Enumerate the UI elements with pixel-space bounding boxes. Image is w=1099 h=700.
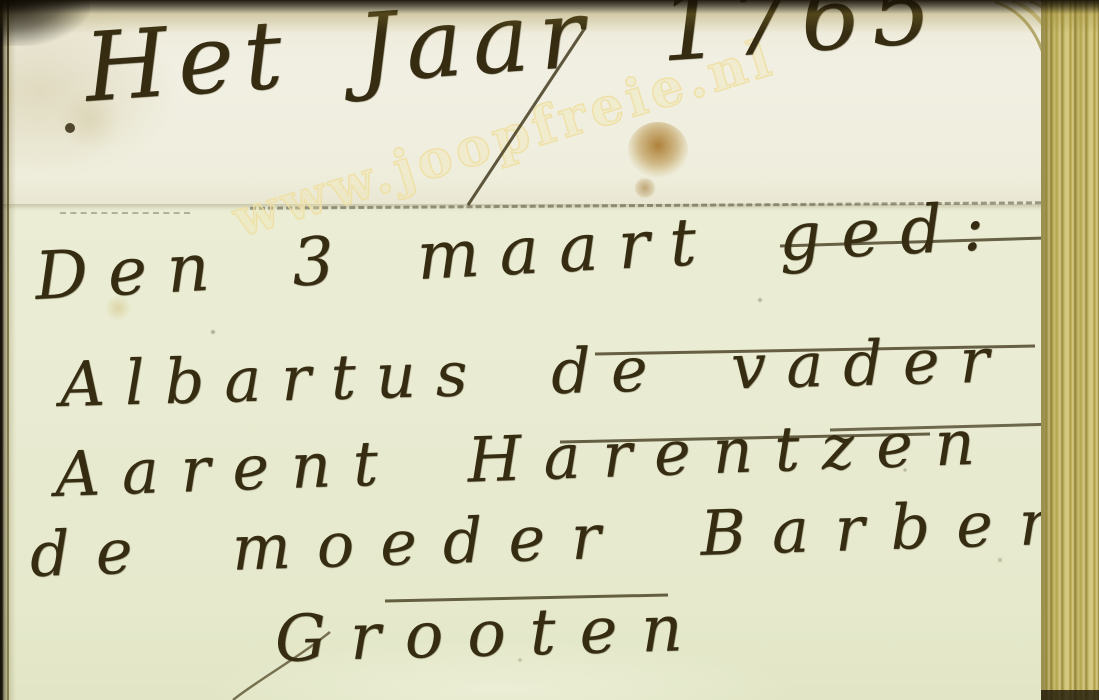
book-page-edges-shadow (1041, 690, 1099, 700)
ink-stain (628, 122, 688, 178)
top-page-edge (0, 0, 1099, 34)
book-page-edges (1041, 0, 1099, 700)
top-left-dark-corner (0, 0, 90, 46)
seam-crease-left (60, 212, 190, 214)
ink-stain-small (634, 178, 656, 198)
left-page-edge-line (7, 0, 9, 700)
scanned-register-page: www.joopfreie.nl Het Jaar 1765 Den 3 maa… (0, 0, 1099, 700)
record-line-mother-surname: Grooten (274, 592, 707, 677)
